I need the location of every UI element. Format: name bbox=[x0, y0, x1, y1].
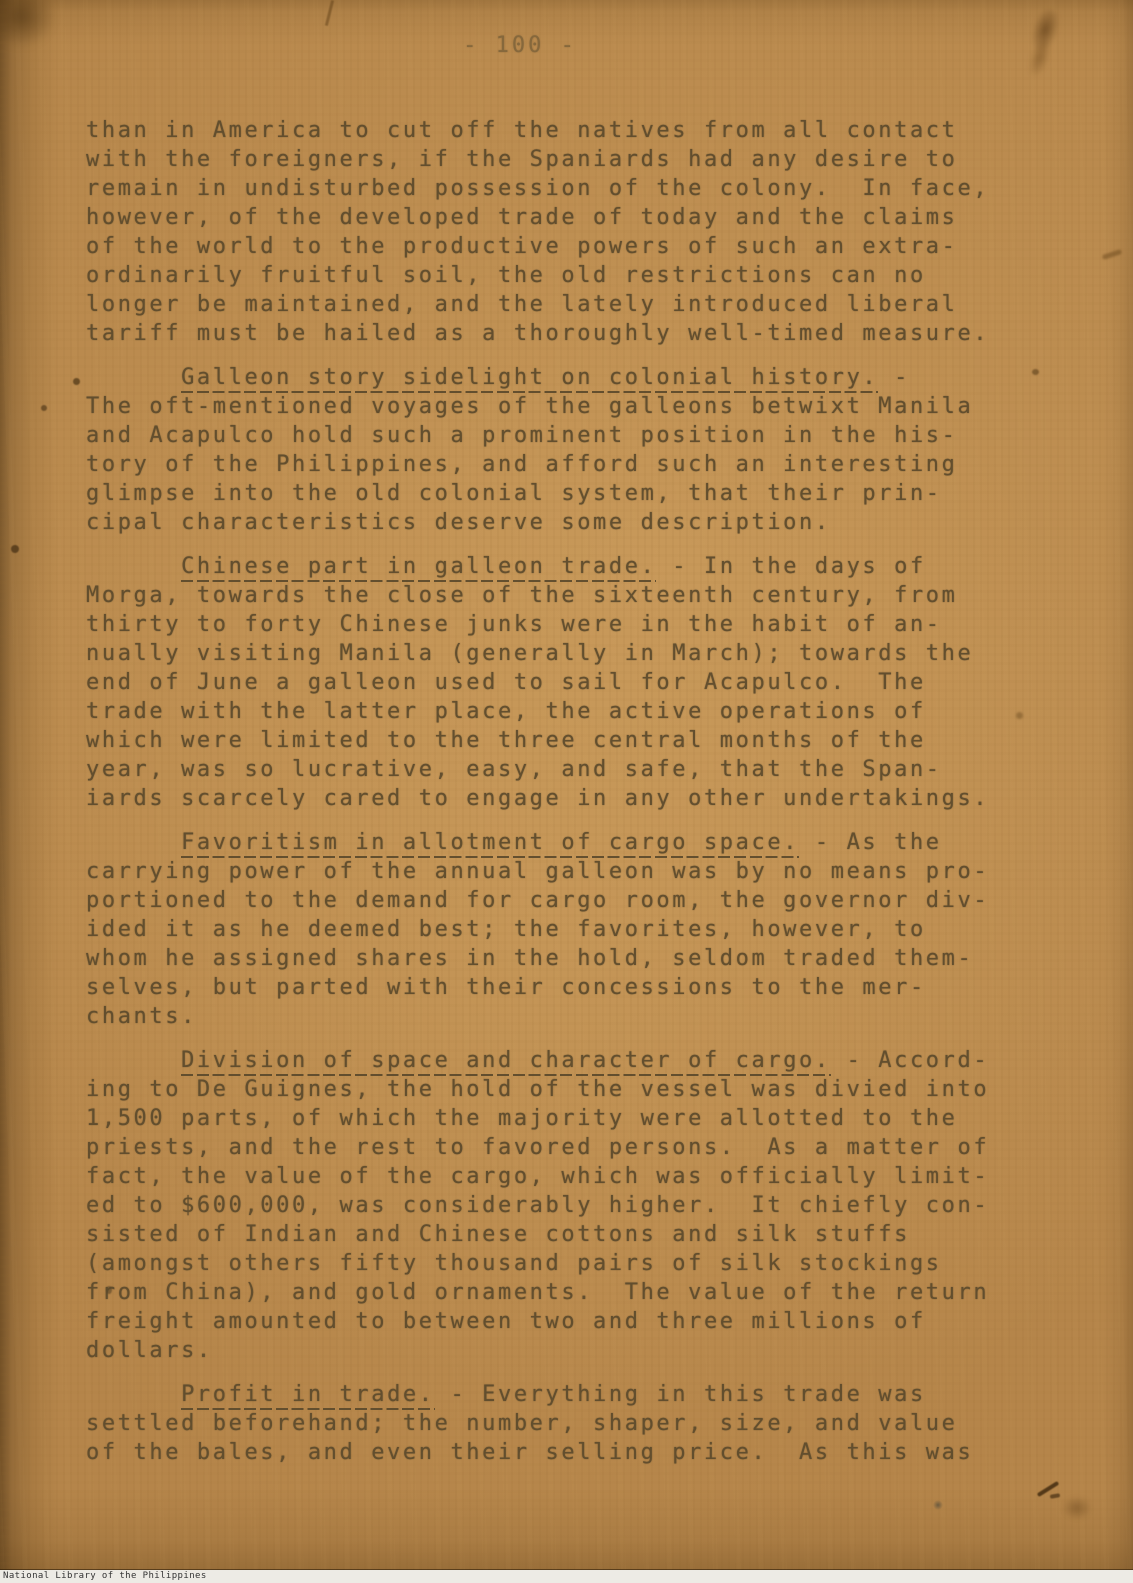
text-line: dollars. bbox=[86, 1336, 1046, 1365]
page-number: - 100 - bbox=[0, 33, 1040, 58]
text-line: thirty to forty Chinese junks were in th… bbox=[86, 610, 1046, 639]
text-segment: portioned to the demand for cargo room, … bbox=[86, 888, 989, 913]
paragraph: Favoritism in allotment of cargo space. … bbox=[86, 828, 1046, 1031]
text-segment: nually visiting Manila (generally in Mar… bbox=[86, 641, 973, 666]
text-line: sisted of Indian and Chinese cottons and… bbox=[86, 1220, 1046, 1249]
text-line: whom he assigned shares in the hold, sel… bbox=[86, 944, 1046, 973]
text-line: glimpse into the old colonial system, th… bbox=[86, 479, 1046, 508]
text-segment: iards scarcely cared to engage in any ot… bbox=[86, 786, 989, 811]
text-line: tory of the Philippines, and afford such… bbox=[86, 450, 1046, 479]
text-line: Favoritism in allotment of cargo space. … bbox=[86, 828, 1046, 857]
text-segment: whom he assigned shares in the hold, sel… bbox=[86, 946, 973, 971]
scanned-document-page: - 100 - than in America to cut off the n… bbox=[0, 0, 1133, 1583]
text-segment: however, of the developed trade of today… bbox=[86, 205, 957, 230]
text-segment: longer be maintained, and the lately int… bbox=[86, 292, 957, 317]
text-segment: selves, but parted with their concession… bbox=[86, 975, 926, 1000]
text-segment: from China), and gold ornaments. The val… bbox=[86, 1280, 989, 1305]
text-line: of the bales, and even their selling pri… bbox=[86, 1438, 1046, 1467]
paragraph: than in America to cut off the natives f… bbox=[86, 116, 1046, 348]
text-line: end of June a galleon used to sail for A… bbox=[86, 668, 1046, 697]
text-line: iards scarcely cared to engage in any ot… bbox=[86, 784, 1046, 813]
text-segment: ing to De Guignes, the hold of the vesse… bbox=[86, 1077, 989, 1102]
text-segment: - bbox=[878, 365, 910, 390]
text-line: tariff must be hailed as a thoroughly we… bbox=[86, 319, 1046, 348]
text-segment: trade with the latter place, the active … bbox=[86, 699, 926, 724]
text-segment bbox=[86, 1048, 181, 1073]
text-line: Division of space and character of cargo… bbox=[86, 1046, 1046, 1075]
text-segment: priests, and the rest to favored persons… bbox=[86, 1135, 989, 1160]
text-segment: and Acapulco hold such a prominent posit… bbox=[86, 423, 957, 448]
text-segment: fact, the value of the cargo, which was … bbox=[86, 1164, 989, 1189]
text-line: however, of the developed trade of today… bbox=[86, 203, 1046, 232]
text-line: priests, and the rest to favored persons… bbox=[86, 1133, 1046, 1162]
text-line: fact, the value of the cargo, which was … bbox=[86, 1162, 1046, 1191]
text-segment bbox=[86, 554, 181, 579]
text-line: Morga, towards the close of the sixteent… bbox=[86, 581, 1046, 610]
text-line: with the foreigners, if the Spaniards ha… bbox=[86, 145, 1046, 174]
text-segment: chants. bbox=[86, 1004, 197, 1029]
text-segment: carrying power of the annual galleon was… bbox=[86, 859, 989, 884]
text-line: carrying power of the annual galleon was… bbox=[86, 857, 1046, 886]
text-line: settled beforehand; the number, shaper, … bbox=[86, 1409, 1046, 1438]
text-segment bbox=[86, 1382, 181, 1407]
text-segment: cipal characteristics deserve some descr… bbox=[86, 510, 831, 535]
text-segment: The oft-mentioned voyages of the galleon… bbox=[86, 394, 973, 419]
section-heading: Division of space and character of cargo… bbox=[181, 1048, 831, 1076]
text-segment: 1,500 parts, of which the majority were … bbox=[86, 1106, 957, 1131]
text-segment: - In the days of bbox=[656, 554, 925, 579]
text-segment: year, was so lucrative, easy, and safe, … bbox=[86, 757, 942, 782]
text-segment: - Everything in this trade was bbox=[435, 1382, 926, 1407]
text-segment: of the world to the productive powers of… bbox=[86, 234, 957, 259]
text-segment: (amongst others fifty thousand pairs of … bbox=[86, 1251, 942, 1276]
footer-strip: National Library of the Philippines bbox=[0, 1570, 1133, 1583]
text-segment: ided it as he deemed best; the favorites… bbox=[86, 917, 926, 942]
text-segment: settled beforehand; the number, shaper, … bbox=[86, 1411, 957, 1436]
text-line: remain in undisturbed possession of the … bbox=[86, 174, 1046, 203]
text-line: cipal characteristics deserve some descr… bbox=[86, 508, 1046, 537]
text-segment: remain in undisturbed possession of the … bbox=[86, 176, 989, 201]
text-line: nually visiting Manila (generally in Mar… bbox=[86, 639, 1046, 668]
text-line: Chinese part in galleon trade. - In the … bbox=[86, 552, 1046, 581]
section-heading: Profit in trade. bbox=[181, 1382, 435, 1410]
text-line: portioned to the demand for cargo room, … bbox=[86, 886, 1046, 915]
text-line: and Acapulco hold such a prominent posit… bbox=[86, 421, 1046, 450]
text-line: 1,500 parts, of which the majority were … bbox=[86, 1104, 1046, 1133]
paragraph: Galleon story sidelight on colonial hist… bbox=[86, 363, 1046, 537]
text-line: longer be maintained, and the lately int… bbox=[86, 290, 1046, 319]
text-line: freight amounted to between two and thre… bbox=[86, 1307, 1046, 1336]
text-segment: end of June a galleon used to sail for A… bbox=[86, 670, 926, 695]
text-line: selves, but parted with their concession… bbox=[86, 973, 1046, 1002]
text-line: of the world to the productive powers of… bbox=[86, 232, 1046, 261]
text-segment: dollars. bbox=[86, 1338, 213, 1363]
text-line: from China), and gold ornaments. The val… bbox=[86, 1278, 1046, 1307]
text-segment: sisted of Indian and Chinese cottons and… bbox=[86, 1222, 910, 1247]
text-line: year, was so lucrative, easy, and safe, … bbox=[86, 755, 1046, 784]
text-line: trade with the latter place, the active … bbox=[86, 697, 1046, 726]
section-heading: Galleon story sidelight on colonial hist… bbox=[181, 365, 878, 393]
text-segment: - Accord- bbox=[831, 1048, 989, 1073]
text-segment: thirty to forty Chinese junks were in th… bbox=[86, 612, 942, 637]
text-line: which were limited to the three central … bbox=[86, 726, 1046, 755]
text-line: ided it as he deemed best; the favorites… bbox=[86, 915, 1046, 944]
text-line: ed to $600,000, was considerably higher.… bbox=[86, 1191, 1046, 1220]
paragraph: Division of space and character of cargo… bbox=[86, 1046, 1046, 1365]
text-segment: of the bales, and even their selling pri… bbox=[86, 1440, 973, 1465]
text-line: chants. bbox=[86, 1002, 1046, 1031]
section-heading: Chinese part in galleon trade. bbox=[181, 554, 656, 582]
paragraph: Profit in trade. - Everything in this tr… bbox=[86, 1380, 1046, 1467]
library-attribution-label: National Library of the Philippines bbox=[3, 1571, 207, 1582]
text-line: Galleon story sidelight on colonial hist… bbox=[86, 363, 1046, 392]
text-segment: freight amounted to between two and thre… bbox=[86, 1309, 926, 1334]
text-segment bbox=[86, 830, 181, 855]
section-heading: Favoritism in allotment of cargo space. bbox=[181, 830, 799, 858]
text-segment: Morga, towards the close of the sixteent… bbox=[86, 583, 957, 608]
text-segment bbox=[86, 365, 181, 390]
text-segment: - As the bbox=[799, 830, 942, 855]
text-line: Profit in trade. - Everything in this tr… bbox=[86, 1380, 1046, 1409]
paragraph: Chinese part in galleon trade. - In the … bbox=[86, 552, 1046, 813]
text-line: ordinarily fruitful soil, the old restri… bbox=[86, 261, 1046, 290]
text-segment: than in America to cut off the natives f… bbox=[86, 118, 957, 143]
text-segment: glimpse into the old colonial system, th… bbox=[86, 481, 942, 506]
text-segment: which were limited to the three central … bbox=[86, 728, 926, 753]
text-line: ing to De Guignes, the hold of the vesse… bbox=[86, 1075, 1046, 1104]
text-line: than in America to cut off the natives f… bbox=[86, 116, 1046, 145]
text-line: (amongst others fifty thousand pairs of … bbox=[86, 1249, 1046, 1278]
text-segment: tariff must be hailed as a thoroughly we… bbox=[86, 321, 989, 346]
text-segment: tory of the Philippines, and afford such… bbox=[86, 452, 957, 477]
text-line: The oft-mentioned voyages of the galleon… bbox=[86, 392, 1046, 421]
typed-text: than in America to cut off the natives f… bbox=[86, 116, 1046, 1482]
text-segment: ed to $600,000, was considerably higher.… bbox=[86, 1193, 989, 1218]
text-segment: with the foreigners, if the Spaniards ha… bbox=[86, 147, 957, 172]
text-segment: ordinarily fruitful soil, the old restri… bbox=[86, 263, 926, 288]
